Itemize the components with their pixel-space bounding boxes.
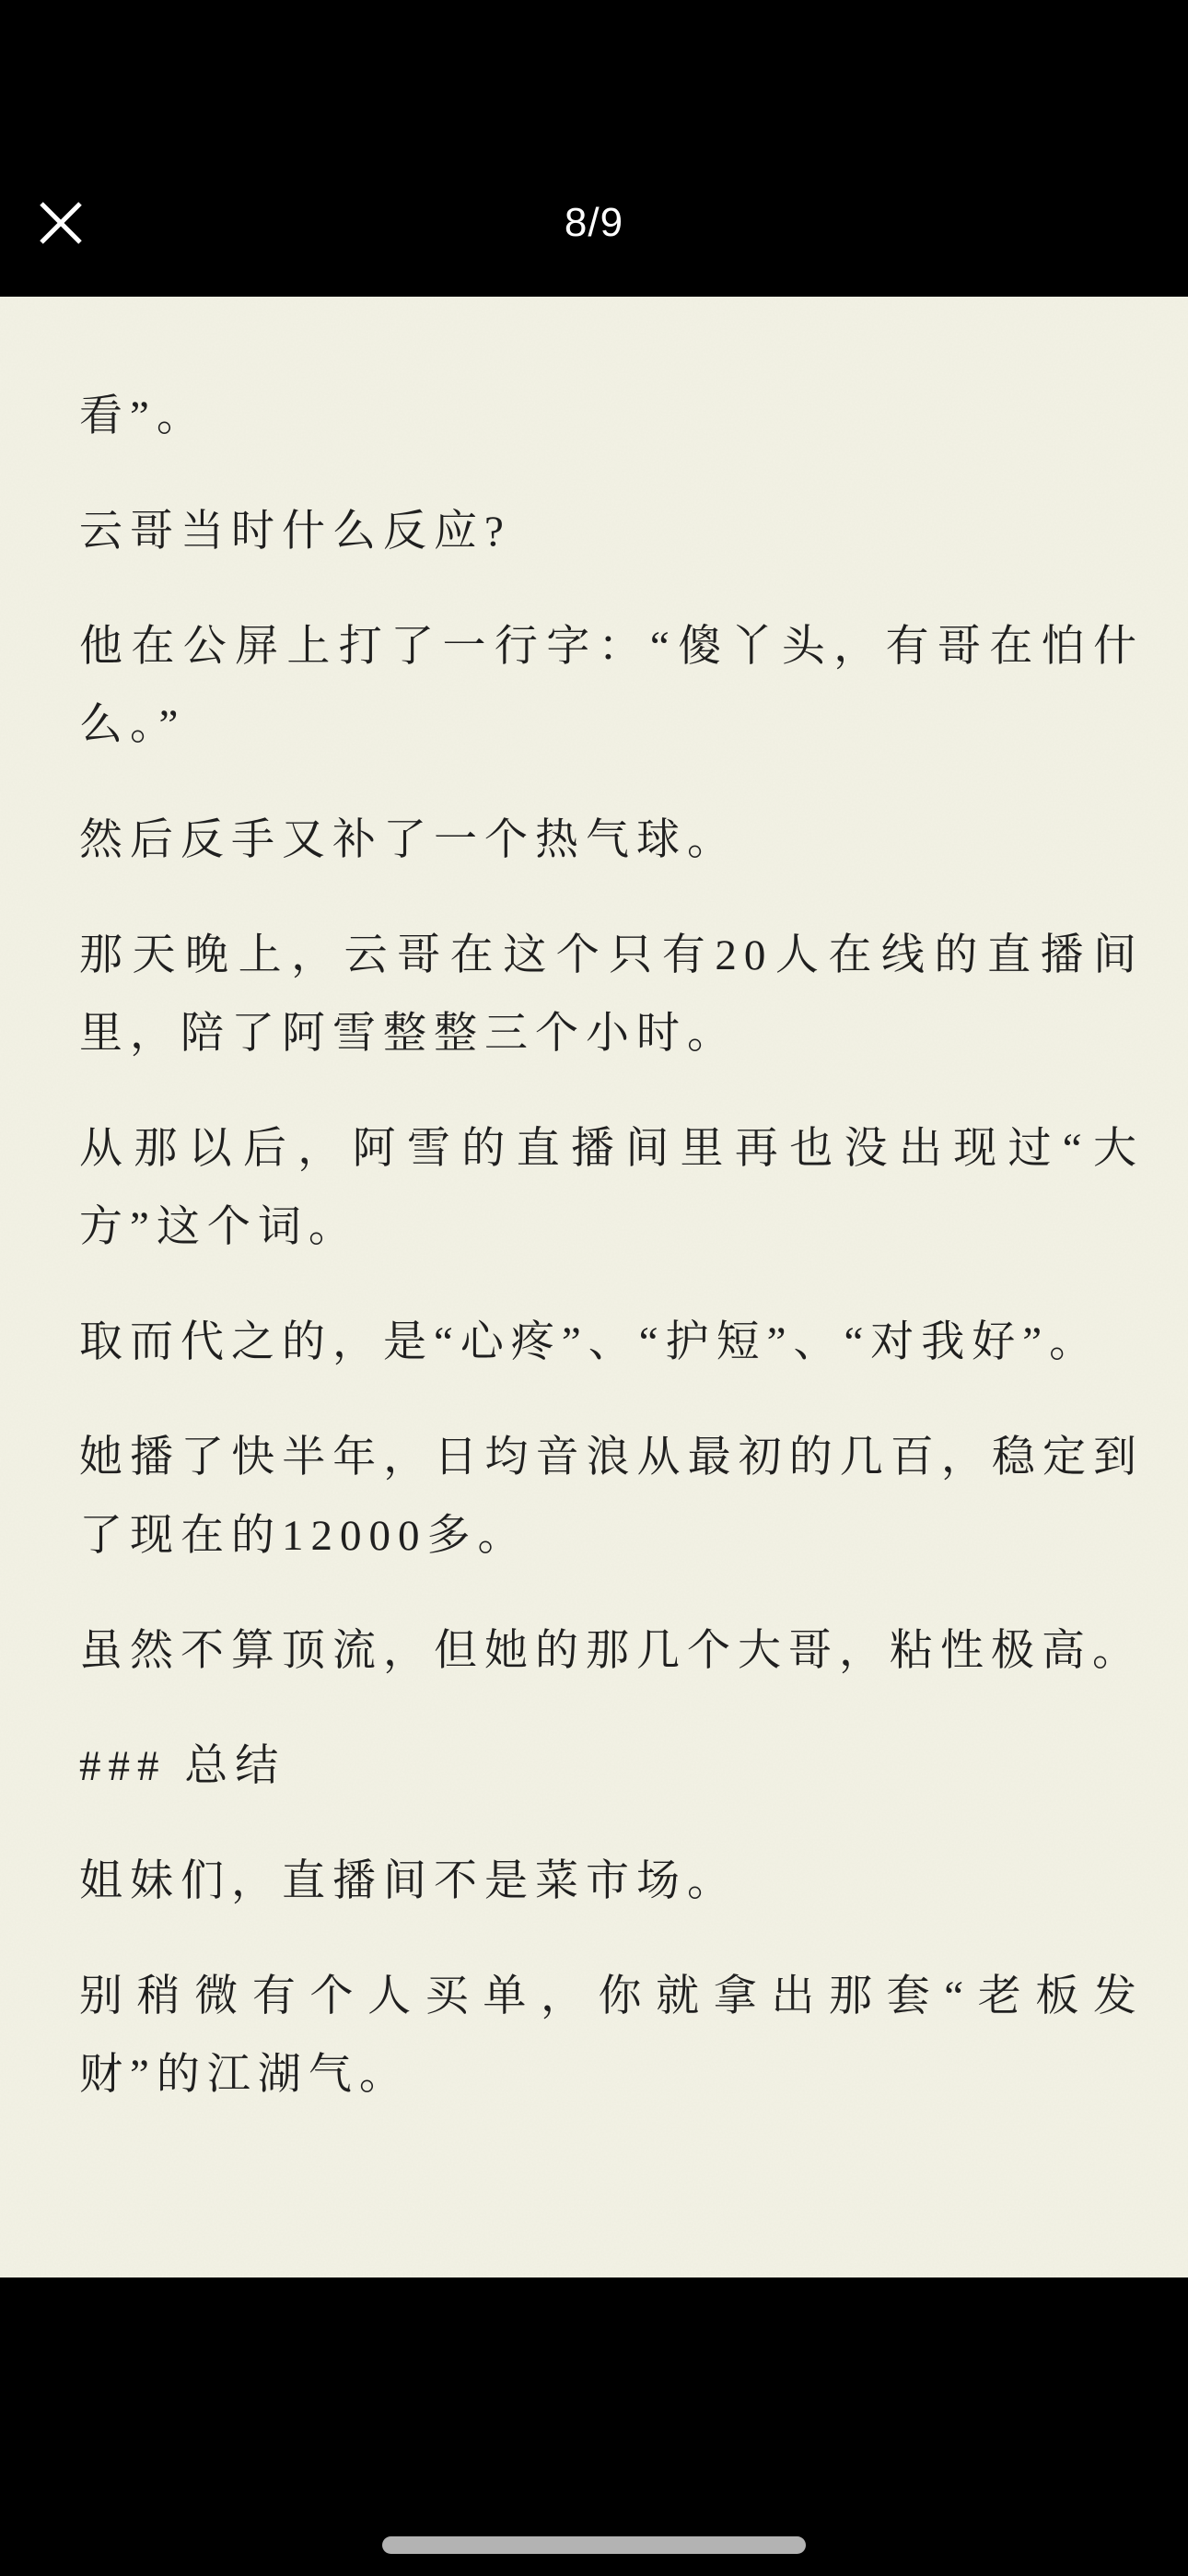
- paragraph: 别稍微有个人买单，你就拿出那套“老板发财”的江湖气。: [79, 1958, 1144, 2114]
- reader-header: 8/9: [0, 0, 1188, 297]
- paragraph: 看”。: [79, 378, 1144, 456]
- paragraph: 姐妹们，直播间不是菜市场。: [79, 1843, 1144, 1921]
- page-text: 看”。 云哥当时什么反应? 他在公屏上打了一行字：“傻丫头，有哥在怕什么。” 然…: [0, 297, 1188, 2114]
- paragraph: 从那以后，阿雪的直播间里再也没出现过“大方”这个词。: [79, 1110, 1144, 1267]
- page-indicator: 8/9: [0, 200, 1188, 246]
- paragraph: 然后反手又补了一个热气球。: [79, 802, 1144, 880]
- reader-page[interactable]: 看”。 云哥当时什么反应? 他在公屏上打了一行字：“傻丫头，有哥在怕什么。” 然…: [0, 297, 1188, 2277]
- paragraph: 她播了快半年，日均音浪从最初的几百，稳定到了现在的12000多。: [79, 1419, 1144, 1575]
- reader-screen: 8/9 看”。 云哥当时什么反应? 他在公屏上打了一行字：“傻丫头，有哥在怕什么…: [0, 0, 1188, 2576]
- paragraph: 他在公屏上打了一行字：“傻丫头，有哥在怕什么。”: [79, 608, 1144, 765]
- paragraph: 云哥当时什么反应?: [79, 493, 1144, 571]
- paragraph: 那天晚上，云哥在这个只有20人在线的直播间里，陪了阿雪整整三个小时。: [79, 917, 1144, 1073]
- paragraph: ### 总结: [79, 1727, 1144, 1806]
- paragraph-heading: 虽然不算顶流，但她的那几个大哥，粘性极高。: [79, 1612, 1144, 1691]
- paragraph: 取而代之的，是“心疼”、“护短”、“对我好”。: [79, 1304, 1144, 1382]
- home-indicator[interactable]: [382, 2536, 806, 2554]
- bottom-bar: [0, 2277, 1188, 2576]
